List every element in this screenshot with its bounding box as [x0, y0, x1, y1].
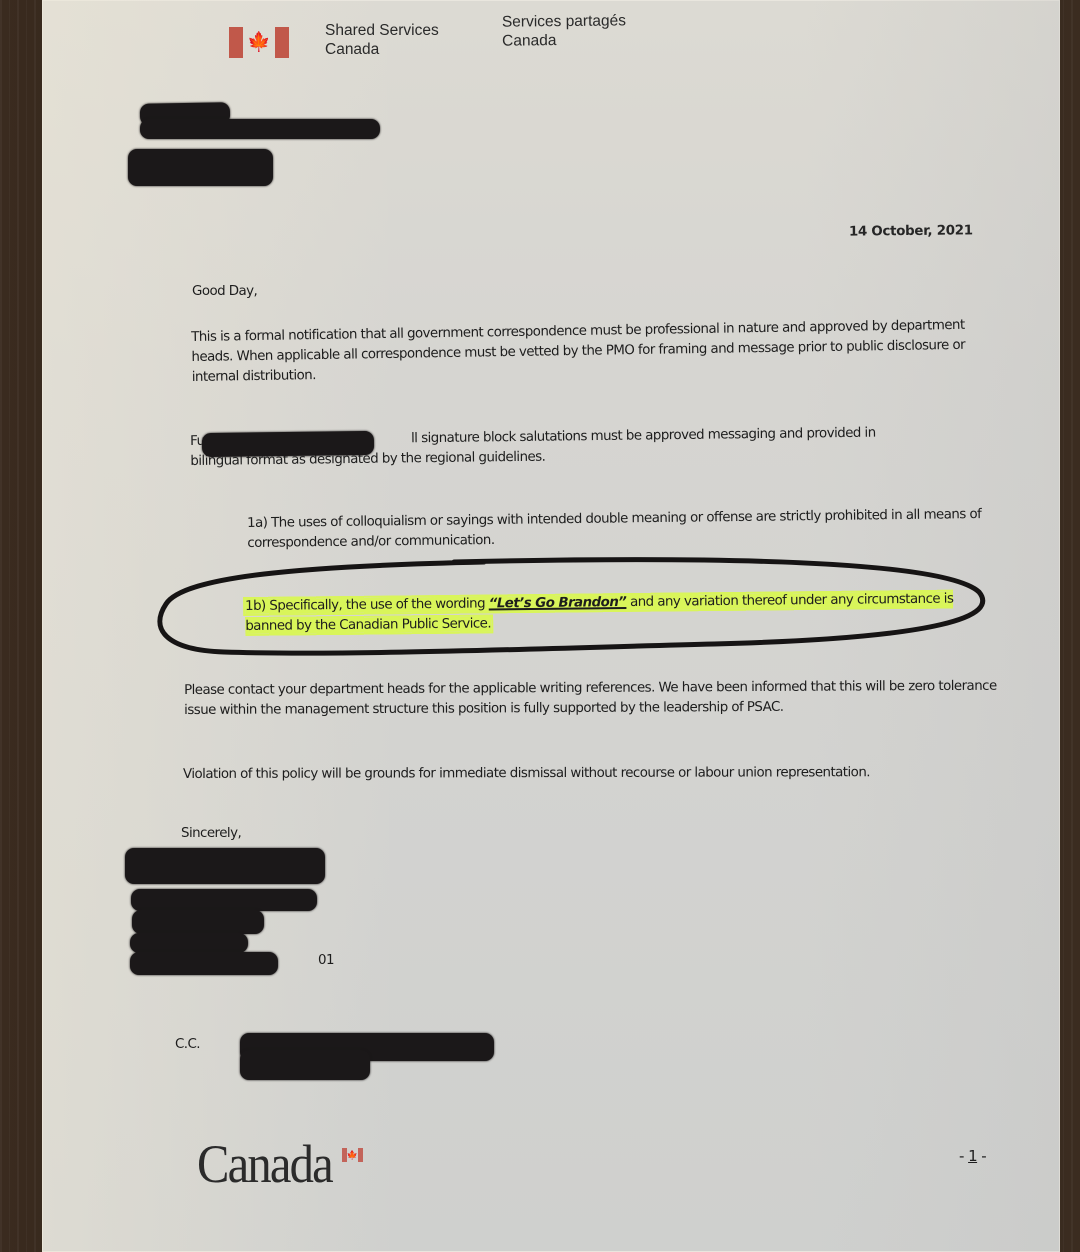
signature-visible-suffix: 01	[318, 951, 334, 971]
letter-date: 14 October, 2021	[849, 221, 973, 242]
redaction-cc-recipient-tail	[240, 1050, 370, 1080]
redaction-signature-line-2	[131, 889, 317, 911]
paragraph-2-after-redaction: ll signature block salutations must be a…	[411, 426, 876, 447]
paragraph-contact-department: Please contact your department heads for…	[184, 677, 1004, 721]
item-1b-prefix: 1b) Specifically, the use of the wording	[245, 596, 489, 614]
canada-wordmark: Canada	[197, 1134, 332, 1194]
redaction-paragraph-2	[202, 431, 374, 457]
policy-item-1a: 1a) The uses of colloquialism or sayings…	[247, 505, 1007, 554]
closing-salutation: Sincerely,	[181, 824, 241, 844]
item-1b-highlight: 1b) Specifically, the use of the wording…	[245, 592, 953, 634]
redaction-signature-line-1	[125, 848, 325, 884]
redaction-signature-line-4	[130, 933, 248, 953]
policy-item-1b: 1b) Specifically, the use of the wording…	[245, 589, 965, 637]
org-name-fr-line-2: Canada	[502, 30, 626, 50]
org-name-en-line-1: Shared Services	[325, 21, 439, 40]
canada-flag-icon: 🍁	[229, 27, 289, 58]
item-1b-quoted-phrase: “Let’s Go Brandon”	[489, 595, 627, 611]
org-name-english: Shared Services Canada	[325, 21, 439, 59]
cc-label: C.C.	[175, 1035, 200, 1055]
redaction-signature-line-3	[132, 910, 264, 934]
letter-page: 🍁 Shared Services Canada Services partag…	[42, 0, 1060, 1252]
greeting: Good Day,	[192, 282, 257, 302]
redaction-recipient-line-1b	[140, 119, 380, 139]
org-name-en-line-2: Canada	[325, 40, 439, 59]
page-number: - 1 -	[959, 1146, 986, 1166]
canada-wordmark-flag-icon: 🍁	[342, 1148, 363, 1162]
org-name-fr-line-1: Services partagés	[502, 11, 626, 31]
org-name-french: Services partagés Canada	[502, 11, 626, 50]
redaction-recipient-line-2	[128, 149, 273, 186]
paragraph-notification: This is a formal notification that all g…	[191, 315, 992, 388]
page-number-prefix: -	[959, 1147, 968, 1165]
redaction-signature-line-5	[130, 952, 278, 975]
page-number-suffix: -	[977, 1147, 986, 1165]
page-number-value: 1	[968, 1147, 977, 1165]
paragraph-violation-warning: Violation of this policy will be grounds…	[183, 763, 1003, 785]
